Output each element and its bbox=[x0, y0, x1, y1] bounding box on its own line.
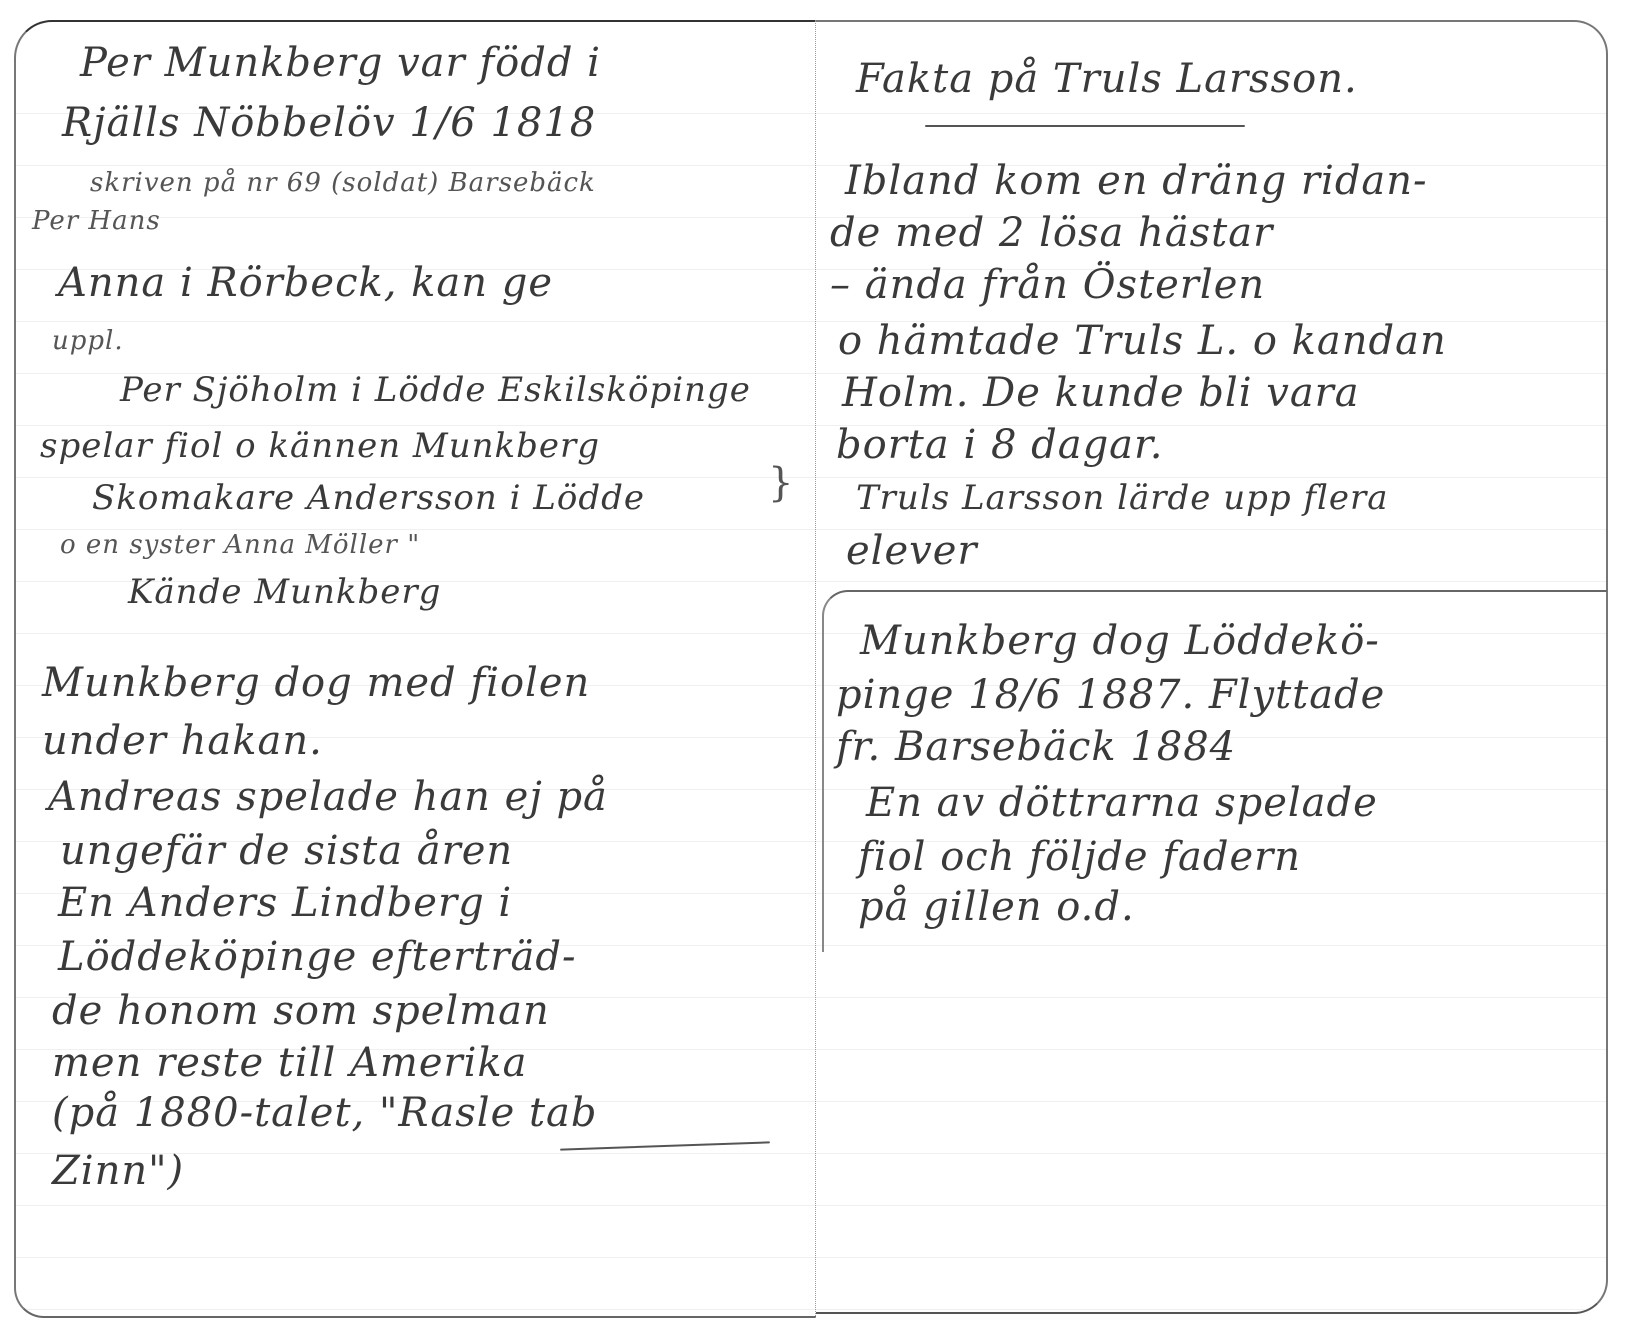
right-line-2: de med 2 lösa hästar bbox=[830, 210, 1273, 256]
right-line-7: Truls Larsson lärde upp flera bbox=[856, 478, 1389, 518]
left-line-2: Rjälls Nöbbelöv 1/6 1818 bbox=[62, 100, 596, 146]
heading-underline bbox=[925, 125, 1245, 127]
left-line-9: Skomakare Andersson i Lödde bbox=[92, 478, 645, 518]
bracket-mark: } bbox=[768, 460, 793, 506]
left-line-7: Per Sjöholm i Lödde Eskilsköpinge bbox=[120, 370, 751, 410]
left-line-3: skriven på nr 69 (soldat) Barsebäck bbox=[90, 168, 596, 198]
left-line-16: En Anders Lindberg i bbox=[58, 880, 512, 926]
box-line-5: fiol och följde fadern bbox=[858, 834, 1301, 880]
left-line-6: uppl. bbox=[52, 326, 124, 356]
right-line-1: Ibland kom en dräng ridan- bbox=[845, 158, 1428, 204]
right-heading: Fakta på Truls Larsson. bbox=[856, 56, 1358, 102]
right-line-6: borta i 8 dagar. bbox=[836, 422, 1163, 468]
left-line-17: Löddeköpinge efterträd- bbox=[58, 934, 577, 980]
notebook-spread: Per Munkberg var född i Rjälls Nöbbelöv … bbox=[0, 0, 1625, 1318]
left-line-15: ungefär de sista åren bbox=[60, 828, 513, 874]
left-line-14: Andreas spelade han ej på bbox=[48, 774, 608, 820]
notebook-gutter bbox=[815, 20, 817, 1318]
left-line-1: Per Munkberg var född i bbox=[80, 40, 601, 86]
box-line-1: Munkberg dog Löddekö- bbox=[860, 618, 1380, 664]
right-line-3: – ända från Österlen bbox=[830, 262, 1265, 308]
box-line-2: pinge 18/6 1887. Flyttade bbox=[836, 672, 1385, 718]
left-line-11: Kände Munkberg bbox=[128, 572, 441, 612]
right-line-8: elever bbox=[846, 528, 978, 574]
left-line-13: under hakan. bbox=[42, 718, 323, 764]
right-line-4: o hämtade Truls L. o kandan bbox=[838, 318, 1447, 364]
left-line-21: Zinn") bbox=[52, 1148, 184, 1194]
right-line-5: Holm. De kunde bli vara bbox=[842, 370, 1360, 416]
box-line-4: En av döttrarna spelade bbox=[866, 780, 1378, 826]
left-line-12: Munkberg dog med fiolen bbox=[42, 660, 590, 706]
left-line-19: men reste till Amerika bbox=[52, 1040, 528, 1086]
left-line-18: de honom som spelman bbox=[52, 988, 550, 1034]
left-line-20: (på 1880-talet, "Rasle tab bbox=[52, 1090, 598, 1136]
left-line-10: o en syster Anna Möller " bbox=[60, 530, 420, 560]
left-line-4: Per Hans bbox=[32, 206, 161, 236]
box-line-3: fr. Barsebäck 1884 bbox=[836, 724, 1236, 770]
box-line-6: på gillen o.d. bbox=[858, 884, 1135, 930]
left-line-8: spelar fiol o kännen Munkberg bbox=[40, 426, 600, 466]
left-line-5: Anna i Rörbeck, kan ge bbox=[58, 260, 553, 306]
